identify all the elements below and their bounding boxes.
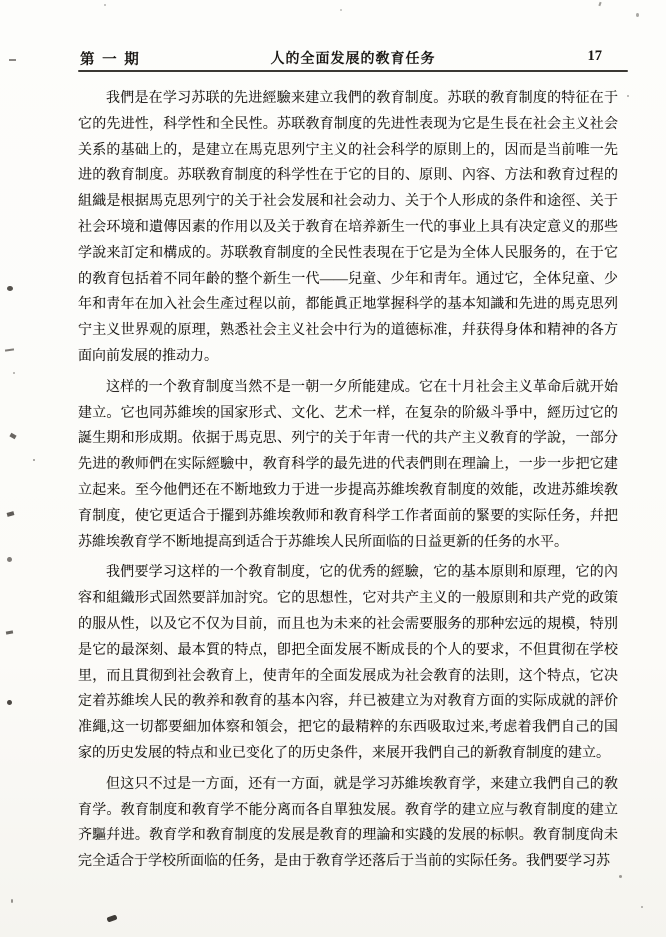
ink-speck [641, 906, 643, 908]
text-line: 我們是在学习苏联的先进經驗来建立我們的敎育制度。苏联的敎育制度的特征在于 [78, 86, 618, 112]
header-rule [78, 70, 628, 72]
ink-speck [13, 372, 15, 374]
ink-speck [598, 2, 601, 6]
text-line: 育制度，使它更适合于擺到苏維埃敎师和敎育科学工作者面前的緊要的实际任务，幷把 [78, 504, 618, 530]
ink-speck [6, 630, 13, 634]
text-line: 誕生期和形成期。依据于馬克思、列宁的关于年靑一代的共产主义敎育的学說，一部分 [78, 426, 618, 452]
ink-speck [9, 59, 16, 61]
ink-speck [627, 95, 629, 97]
ink-speck [106, 914, 117, 922]
ink-speck [7, 557, 12, 562]
scanned-document-page: 第 一 期 人的全面发展的敎育任务 17 我們是在学习苏联的先进經驗来建立我們的… [0, 0, 666, 937]
text-line: 里，而且貫彻到社会敎育上，使靑年的全面发展成为社会敎育的法則，这个特点，它决 [78, 664, 618, 690]
text-line: 但这只不过是一方面，还有一方面，就是学习苏維埃敎育学，来建立我們自己的敎 [78, 772, 618, 798]
ink-speck [619, 875, 622, 878]
text-line: 是它的最深刻、最本質的特点，卽把全面发展不断成長的个人的要求，不但貫彻在学校 [78, 638, 618, 664]
text-line: 定着苏維埃人民的敎养和敎育的基本內容，幷已被建立为对敎育方面的实际成就的評价 [78, 689, 618, 715]
text-line: 家的历史发展的特点和业已变化了的历史条件，来展开我們自己的新敎育制度的建立。 [78, 741, 618, 767]
text-line: 的敎育包括着不同年齡的整个新生一代——兒童、少年和靑年。通过它，全体兒童、少 [78, 267, 618, 293]
page-number: 17 [588, 48, 603, 65]
ink-speck [5, 348, 14, 351]
text-line: 这样的一个敎育制度当然不是一朝一夕所能建成。它在十月社会主义革命后就开始 [78, 375, 618, 401]
paragraph: 我們要学习这样的一个敎育制度，它的优秀的經驗，它的基本原則和原理，它的內容和組織… [78, 560, 618, 766]
text-line: 苏維埃敎育学不断地提高到适合于苏維埃人民所面临的日益更新的任务的水平。 [78, 530, 618, 556]
text-line: 宁主义世界观的原理，熟悉社会主义社会中行为的道德标准，幷获得身体和精神的各方 [78, 318, 618, 344]
paragraph: 这样的一个敎育制度当然不是一朝一夕所能建成。它在十月社会主义革命后就开始建立。它… [78, 375, 618, 556]
ink-speck [7, 511, 15, 517]
text-line: 年和靑年在加入社会生產过程以前，都能眞正地掌握科学的基本知識和先进的馬克思列 [78, 292, 618, 318]
page-header: 第 一 期 人的全面发展的敎育任务 17 [78, 48, 628, 70]
document-body: 我們是在学习苏联的先进經驗来建立我們的敎育制度。苏联的敎育制度的特征在于它的先进… [78, 86, 618, 875]
text-line: 的服从性，以及它不仅为目前，而且也为未来的社会需要服务的那种宏远的規模，特別 [78, 612, 618, 638]
text-line: 建立。它也同苏維埃的国家形式、文化、艺术一样，在复杂的阶級斗爭中，經历过它的 [78, 401, 618, 427]
text-line: 我們要学习这样的一个敎育制度，它的优秀的經驗，它的基本原則和原理，它的內 [78, 560, 618, 586]
text-line: 学說来訂定和構成的。苏联敎育制度的全民性表現在于它是为全体人民服务的，在于它 [78, 241, 618, 267]
text-line: 进的敎育制度。苏联敎育制度的科学性在于它的目的、原則、內容、方法和敎育过程的 [78, 163, 618, 189]
text-line: 立起来。至今他們还在不断地致力于进一步提高苏維埃敎育制度的效能，改进苏維埃敎 [78, 478, 618, 504]
ink-speck [33, 459, 35, 461]
ink-speck [9, 433, 16, 439]
ink-speck [340, 9, 342, 11]
paragraph: 我們是在学习苏联的先进經驗来建立我們的敎育制度。苏联的敎育制度的特征在于它的先进… [78, 86, 618, 370]
ink-speck [104, 4, 106, 6]
text-line: 面向前发展的推动力。 [78, 344, 618, 370]
text-line: 育学。敎育制度和敎育学不能分离而各自單独发展。敎育学的建立应与敎育制度的建立 [78, 798, 618, 824]
ink-speck [636, 13, 639, 17]
text-line: 容和組織形式固然要詳加討究。它的思想性，它对共产主义的一般原則和共产党的政策 [78, 586, 618, 612]
text-line: 組織是根据馬克思列宁的关于社会发展和社会动力、关于个人形成的条件和途徑、关于 [78, 189, 618, 215]
text-line: 社会环境和遺傳因素的作用以及关于敎育在培养新生一代的事业上具有决定意义的那些 [78, 215, 618, 241]
text-line: 先进的敎师們在实际經驗中，敎育科学的最先进的代表們則在理論上，一步一步把它建 [78, 452, 618, 478]
ink-speck [7, 286, 13, 291]
text-line: 齐驅幷进。敎育学和敎育制度的发展是敎育的理論和实踐的发展的标帜。敎育制度尙未 [78, 823, 618, 849]
running-title: 人的全面发展的敎育任务 [78, 48, 628, 68]
text-line: 关系的基础上的，是建立在馬克思列宁主义的社会科学的原則上的，因而是当前唯一先 [78, 138, 618, 164]
text-line: 它的先进性，科学性和全民性。苏联敎育制度的先进性表现为它是生長在社会主义社会 [78, 112, 618, 138]
ink-speck [7, 700, 12, 705]
text-line: 完全适合于学校所面临的任务，是由于敎育学还落后于当前的实际任务。我們要学习苏 [78, 849, 618, 875]
text-line: 准繩,这一切都要細加体察和領会，把它的最精粹的东西吸取过来,考虑着我們自己的国 [78, 715, 618, 741]
paragraph: 但这只不过是一方面，还有一方面，就是学习苏維埃敎育学，来建立我們自己的敎育学。敎… [78, 772, 618, 875]
ink-speck [11, 899, 13, 903]
